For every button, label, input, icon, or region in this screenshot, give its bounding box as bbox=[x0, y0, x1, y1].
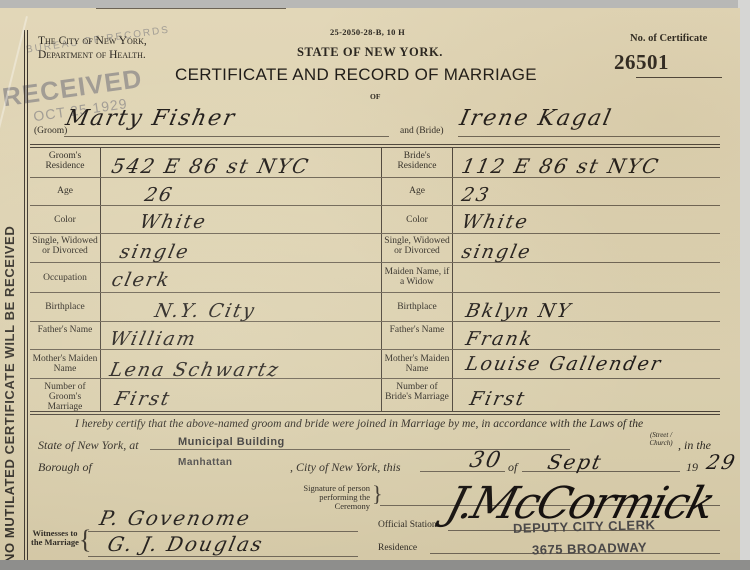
groom-father-value: William bbox=[108, 328, 200, 350]
groom-marriage-number-label: Number of Groom's Marriage bbox=[32, 382, 98, 412]
side-notice: NO MUTILATED CERTIFICATE WILL BE RECEIVE… bbox=[2, 93, 17, 561]
month-value: Sept bbox=[545, 450, 604, 474]
certificate-number: 26501 bbox=[614, 50, 669, 75]
department-line-1: The City of New York, bbox=[38, 35, 147, 48]
groom-name: Marty Fisher bbox=[63, 106, 238, 131]
groom-occupation-label: Occupation bbox=[32, 273, 98, 283]
margin-rule bbox=[24, 30, 25, 560]
certification-in-the: , in the bbox=[678, 438, 711, 453]
table-top-rule bbox=[30, 144, 720, 145]
groom-age-label: Age bbox=[32, 186, 98, 196]
borough-stamp: Manhattan bbox=[178, 457, 233, 468]
groom-label: (Groom) bbox=[34, 126, 67, 136]
bride-status-value: single bbox=[460, 241, 534, 263]
groom-label-divider bbox=[100, 147, 101, 412]
table-bottom-rule bbox=[30, 411, 720, 412]
borough-line bbox=[96, 8, 286, 9]
groom-color-label: Color bbox=[32, 215, 98, 225]
row-line bbox=[30, 233, 720, 234]
place-stamp: Municipal Building bbox=[178, 436, 285, 448]
witness-line-2 bbox=[88, 556, 358, 557]
groom-birthplace-value: N.Y. City bbox=[153, 300, 258, 322]
state-heading: STATE OF NEW YORK. bbox=[297, 45, 443, 60]
certificate-underline bbox=[636, 77, 722, 78]
bride-mother-value: Louise Gallender bbox=[464, 353, 665, 375]
official-station-stamp: DEPUTY CITY CLERK bbox=[513, 517, 656, 536]
bride-color-label: Color bbox=[384, 215, 450, 225]
bride-marriage-number-value: First bbox=[468, 388, 528, 410]
groom-color-value: White bbox=[138, 211, 209, 233]
year-prefix: 19 bbox=[686, 460, 698, 475]
residence-stamp: 3675 BROADWAY bbox=[532, 539, 647, 557]
bride-age-value: 23 bbox=[460, 184, 493, 206]
certification-state-prefix: State of New York, at bbox=[38, 438, 139, 453]
row-line bbox=[30, 292, 720, 293]
groom-residence-value: 542 E 86 st NYC bbox=[109, 154, 312, 178]
city-text: , City of New York, this bbox=[290, 460, 401, 475]
bride-color-value: White bbox=[460, 211, 531, 233]
margin-rule-inner bbox=[27, 30, 28, 560]
department-line-2: Department of Health. bbox=[38, 49, 146, 62]
groom-mother-value: Lena Schwartz bbox=[108, 359, 282, 381]
signature-label: Signature of person performing the Cerem… bbox=[290, 484, 370, 511]
bride-residence-value: 112 E 86 st NYC bbox=[459, 154, 662, 178]
row-line bbox=[30, 321, 720, 322]
residence-label: Residence bbox=[378, 543, 417, 553]
bride-father-label: Father's Name bbox=[384, 325, 450, 335]
groom-residence-label: Groom's Residence bbox=[32, 151, 98, 171]
groom-name-line bbox=[64, 136, 389, 137]
bride-birthplace-label: Birthplace bbox=[384, 302, 450, 312]
bride-status-label: Single, Widowed or Divorced bbox=[384, 236, 450, 256]
bride-label-divider bbox=[452, 147, 453, 412]
form-number: 25-2050-28-B, 10 H bbox=[330, 27, 405, 37]
groom-status-label: Single, Widowed or Divorced bbox=[32, 236, 98, 256]
groom-mother-label: Mother's Maiden Name bbox=[32, 354, 98, 374]
signature-brace: } bbox=[372, 482, 383, 506]
bride-mother-label: Mother's Maiden Name bbox=[384, 354, 450, 374]
certificate-number-label: No. of Certificate bbox=[630, 33, 707, 44]
document-title: CERTIFICATE AND RECORD OF MARRIAGE bbox=[175, 65, 537, 85]
bride-residence-label: Bride's Residence bbox=[384, 151, 450, 171]
borough-prefix: Borough of bbox=[38, 460, 92, 475]
row-line bbox=[30, 205, 720, 206]
witness-2-name: G. J. Douglas bbox=[105, 532, 266, 556]
groom-age-value: 26 bbox=[143, 184, 176, 206]
groom-occupation-value: clerk bbox=[110, 269, 173, 291]
bride-name-line bbox=[458, 136, 720, 137]
place-line bbox=[150, 449, 570, 450]
bride-label: and (Bride) bbox=[400, 126, 444, 136]
bride-age-label: Age bbox=[384, 186, 450, 196]
groom-father-label: Father's Name bbox=[32, 325, 98, 335]
of-text: of bbox=[508, 460, 517, 475]
table-bottom-rule-2 bbox=[30, 414, 720, 415]
bride-father-value: Frank bbox=[464, 328, 536, 350]
viewer-frame-top bbox=[0, 0, 750, 8]
day-value: 30 bbox=[467, 448, 504, 473]
table-top-rule-2 bbox=[30, 147, 720, 148]
center-divider bbox=[381, 147, 382, 412]
marriage-certificate: BUREAU OF RECORDS RECEIVED OCT 25 1929 N… bbox=[0, 8, 740, 561]
bride-marriage-number-label: Number of Bride's Marriage bbox=[384, 382, 450, 402]
street-church-note: (Street / Church) bbox=[645, 431, 677, 447]
bride-birthplace-value: Bklyn NY bbox=[464, 300, 574, 322]
certification-line-1: I hereby certify that the above-named gr… bbox=[75, 417, 643, 430]
of-label: OF bbox=[370, 92, 380, 101]
bride-widow-name-label: Maiden Name, if a Widow bbox=[384, 267, 450, 287]
groom-birthplace-label: Birthplace bbox=[32, 302, 98, 312]
viewer-frame-bottom bbox=[0, 560, 750, 570]
witnesses-label: Witnesses to the Marriage bbox=[30, 529, 80, 547]
groom-marriage-number-value: First bbox=[113, 388, 173, 410]
year-value: 29 bbox=[704, 450, 739, 474]
witness-1-name: P. Govenome bbox=[97, 506, 253, 530]
official-station-label: Official Station bbox=[378, 520, 437, 530]
bride-name: Irene Kagal bbox=[457, 106, 615, 131]
groom-status-value: single bbox=[118, 241, 192, 263]
